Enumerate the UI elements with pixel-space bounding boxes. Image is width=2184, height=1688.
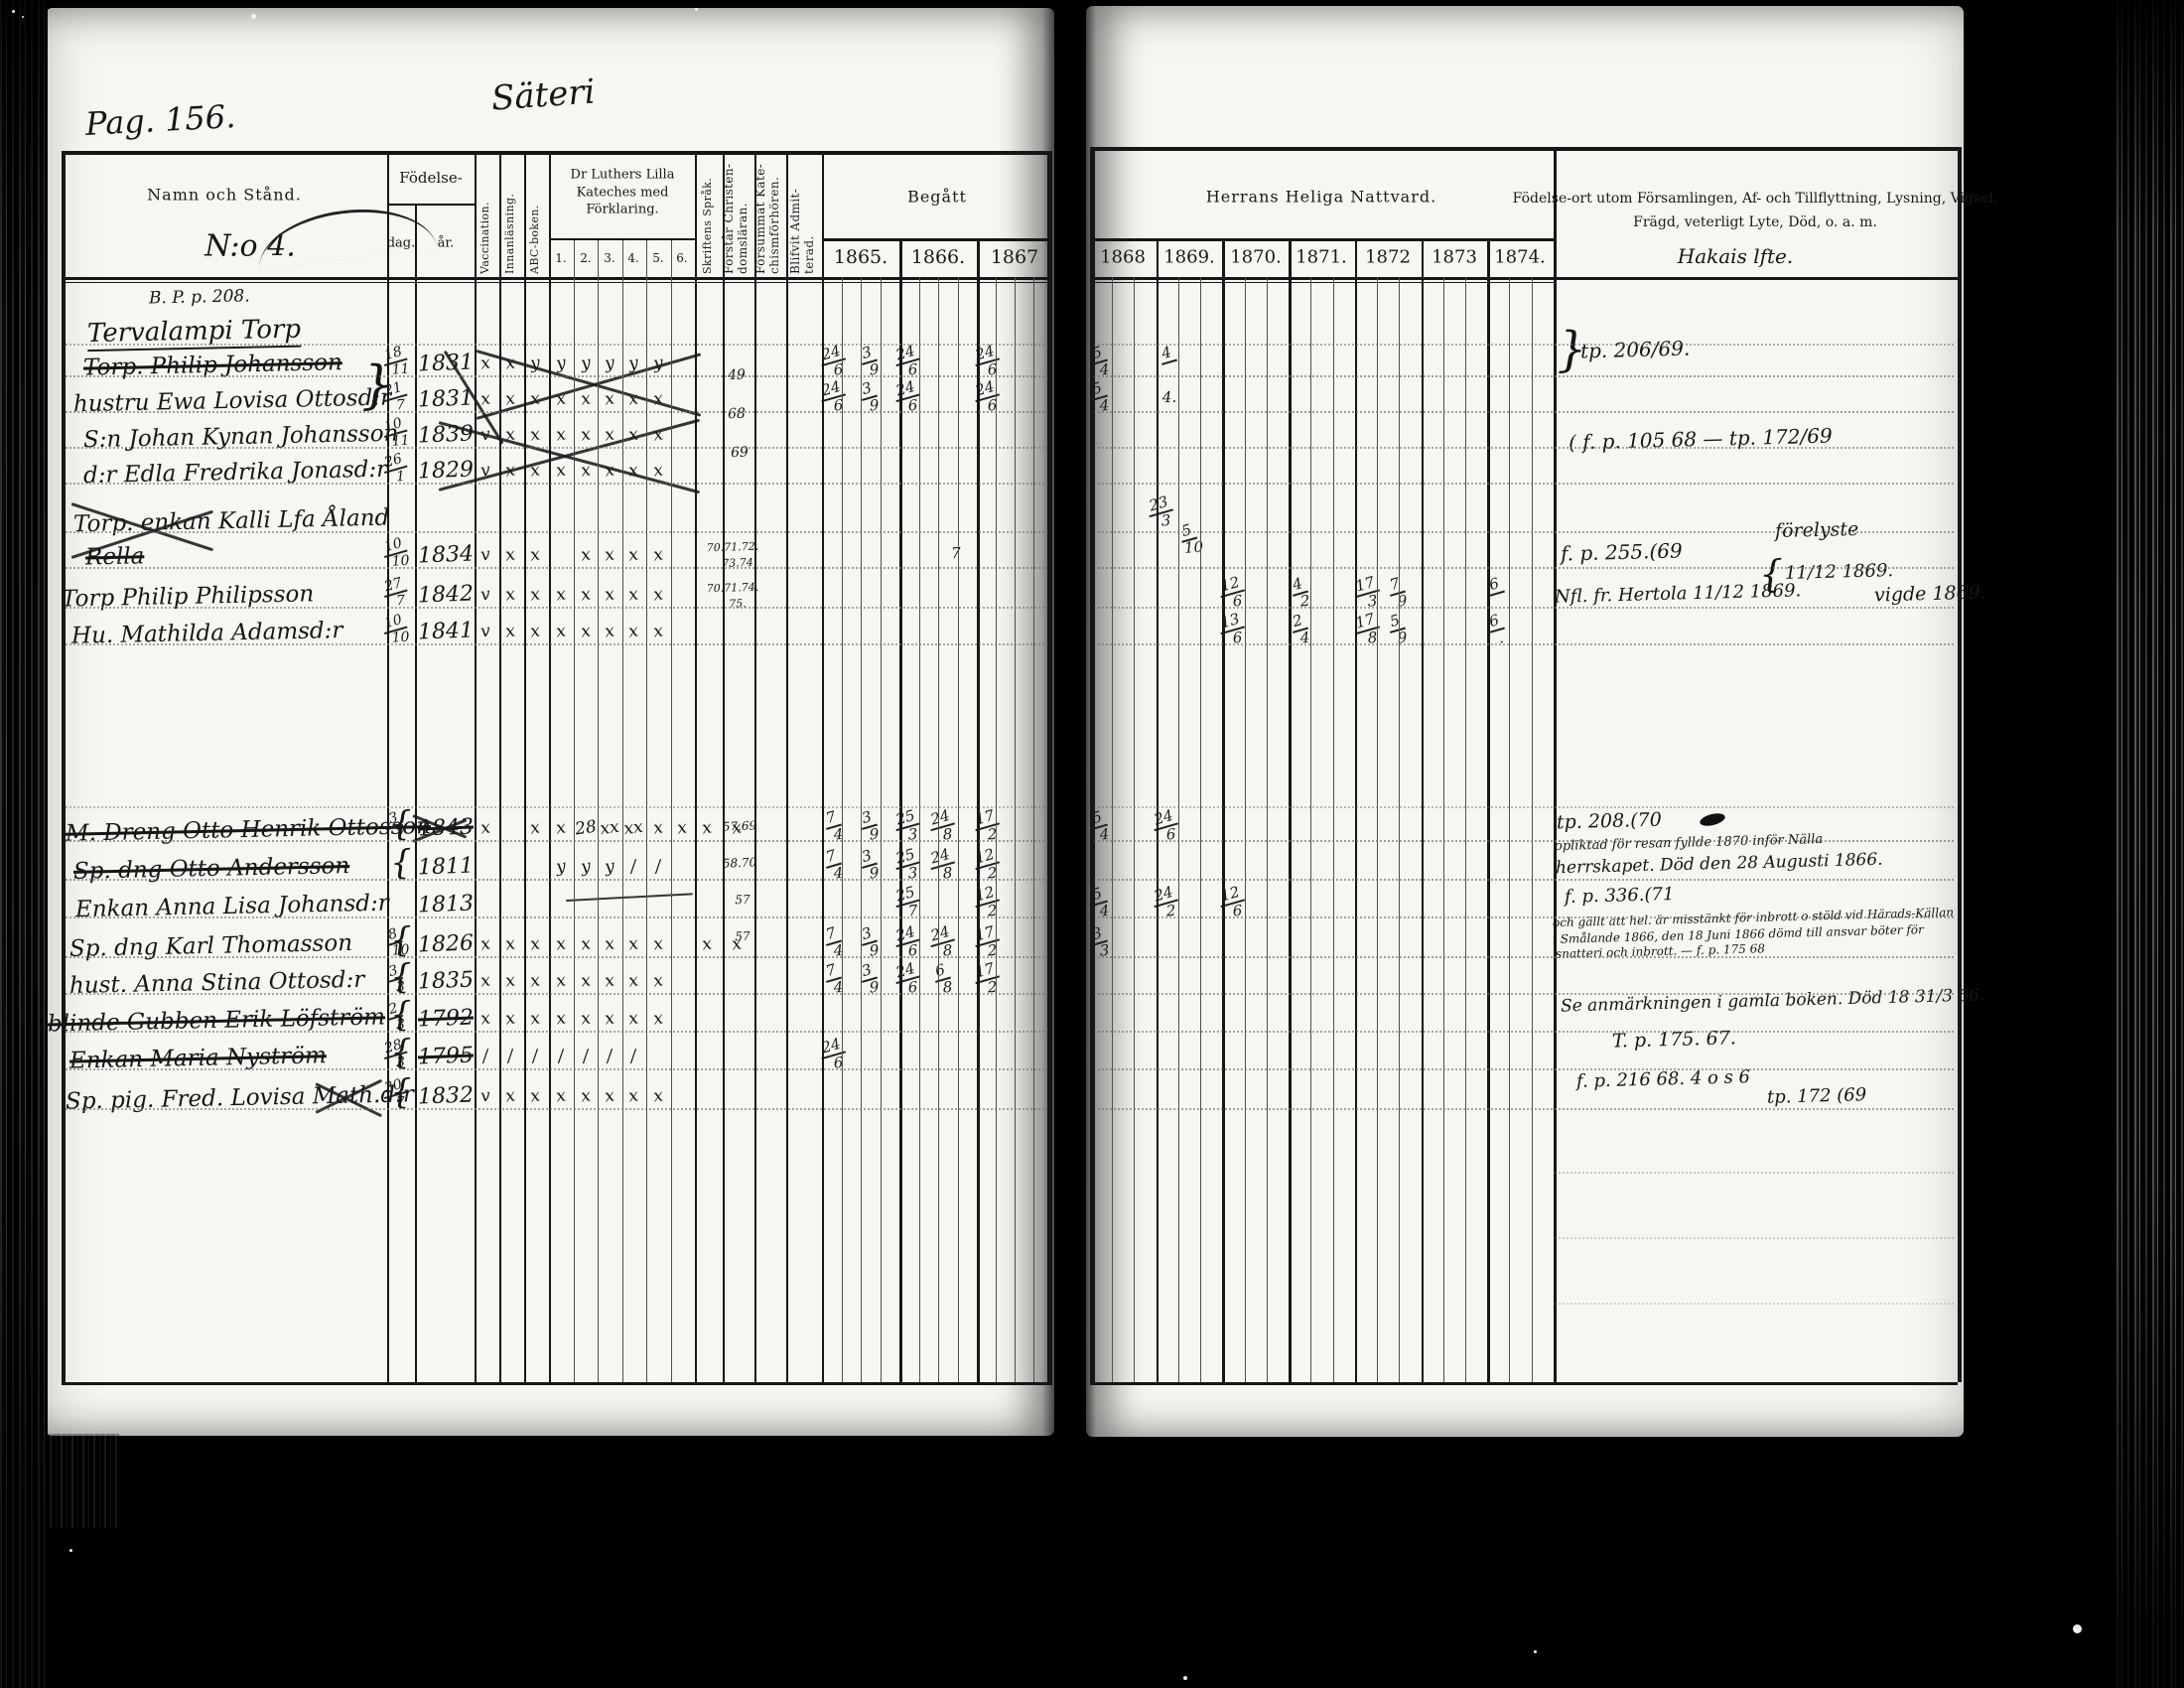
grid-hline <box>1090 282 1554 283</box>
handwritten-communion-date: 246 <box>820 380 847 415</box>
col-header-day: dag. <box>387 236 416 251</box>
year-1869: 1869. <box>1163 247 1215 268</box>
film-edge-left <box>0 0 48 1688</box>
grid-vline <box>1289 238 1292 1382</box>
dotted-rule <box>66 916 1044 918</box>
handwritten-cell: { <box>389 1033 412 1073</box>
handwritten-mark: x <box>627 460 639 481</box>
handwritten-birth-year: 1835 <box>418 968 475 995</box>
handwritten-cell: { <box>389 920 412 961</box>
grid-vline <box>622 238 623 1382</box>
catechism-col-1: 1. <box>555 251 566 265</box>
grid-vline <box>842 277 843 1382</box>
dotted-rule <box>66 643 1044 645</box>
handwritten-birth-year: 1841 <box>418 619 475 645</box>
handwritten-communion-date: 39 <box>861 925 879 959</box>
dotted-rule <box>66 956 1044 958</box>
film-speck <box>12 10 15 13</box>
year-1873: 1873 <box>1432 247 1477 268</box>
grid-vline <box>475 151 477 1382</box>
year-1870: 1870. <box>1230 247 1282 268</box>
handwritten-annotation: tp. 206/69. <box>1580 337 1691 363</box>
dotted-rule <box>66 1031 1044 1033</box>
handwritten-birth-year: 1795 <box>418 1044 475 1070</box>
handwritten-mark: x <box>580 544 592 565</box>
film-speck <box>251 14 256 19</box>
handwritten-communion-date: 39 <box>861 345 879 378</box>
handwritten-communion-date: 7 <box>951 544 961 562</box>
handwritten-mark: x <box>627 1008 639 1029</box>
handwritten-mark: v <box>479 544 491 565</box>
handwritten-birth-year: 1826 <box>418 931 475 958</box>
col-header-abc-book: ABC-boken. <box>528 157 541 274</box>
year-1868: 1868 <box>1100 247 1146 268</box>
handwritten-mark: x <box>580 1008 592 1029</box>
handwritten-mark: x <box>627 933 639 954</box>
dotted-rule <box>1554 1172 1954 1174</box>
handwritten-communion-date: 248 <box>929 848 956 883</box>
grid-vline <box>387 151 389 1382</box>
handwritten-mark: x <box>604 584 615 605</box>
grid-vline <box>1554 147 1557 1382</box>
dotted-rule <box>1094 1068 1954 1070</box>
grid-vline <box>1157 238 1160 1382</box>
dotted-rule <box>1554 1303 1954 1305</box>
scanned-parish-ledger: Pag. 156. Säteri Namn och Stånd. N:o 4. … <box>0 0 2184 1688</box>
handwritten-mark: x <box>504 933 516 954</box>
grid-vline <box>499 151 501 1382</box>
handwritten-mark: y <box>604 352 615 373</box>
year-1866: 1866. <box>911 246 965 268</box>
handwritten-mark: x <box>604 621 615 641</box>
handwritten-communion-date: 74 <box>825 962 843 996</box>
grid-vline <box>919 277 920 1382</box>
grid-vline <box>723 151 725 1382</box>
handwritten-mark: x <box>604 544 615 565</box>
handwritten-mark: x <box>627 388 639 409</box>
remarks-handwritten-note: Hakais lfte. <box>1678 244 1793 268</box>
film-speck <box>941 44 946 49</box>
dotted-rule <box>1094 956 1954 958</box>
handwritten-mark: x <box>529 584 541 605</box>
dotted-rule <box>1094 840 1954 842</box>
grid-vline <box>1033 277 1034 1382</box>
col-header-vaccination: Vaccination. <box>478 157 491 274</box>
grid-vline <box>899 238 902 1382</box>
handwritten-birth-year: 1811 <box>418 854 475 881</box>
handwritten-mark: x <box>627 1085 639 1106</box>
handwritten-mark: x <box>555 621 567 641</box>
grid-vline <box>1355 238 1358 1382</box>
handwritten-annotation: f. p. 255.(69 <box>1561 538 1683 565</box>
col-header-birth: Födelse- <box>399 169 463 187</box>
grid-vline <box>1047 151 1052 1382</box>
handwritten-mark: x <box>627 544 639 565</box>
handwritten-mark: x <box>580 388 592 409</box>
handwritten-mark: x <box>580 621 592 641</box>
grid-vline <box>1465 277 1466 1382</box>
handwritten-mark: v <box>479 1085 491 1106</box>
dotted-rule <box>66 993 1044 995</box>
handwritten-mark: xx <box>622 817 644 839</box>
grid-vline <box>1377 277 1378 1382</box>
handwritten-mark: x <box>604 1085 615 1106</box>
handwritten-mark: x <box>504 544 516 565</box>
dotted-rule <box>66 531 1044 533</box>
handwritten-mark: y <box>555 352 567 373</box>
handwritten-mark: x <box>701 933 713 954</box>
film-speck <box>22 16 24 18</box>
handwritten-mark: x <box>652 1008 664 1029</box>
grid-vline <box>695 151 697 1382</box>
catechism-col-5: 5. <box>652 251 663 265</box>
dotted-rule <box>66 840 1044 842</box>
grid-vline <box>1267 277 1268 1382</box>
catechism-col-6: 6. <box>676 251 687 265</box>
handwritten-mark: x <box>701 817 713 838</box>
handwritten-communion-date: 59 <box>1389 613 1407 646</box>
dotted-rule <box>1094 531 1954 533</box>
handwritten-communion-date: 246 <box>820 1038 847 1072</box>
grid-hline <box>387 204 475 206</box>
page-title: Säteri <box>490 71 597 118</box>
handwritten-mark: x <box>529 1085 541 1106</box>
handwritten-mark: x <box>652 584 664 605</box>
group-heading: B. P. p. 208. <box>149 286 250 308</box>
handwritten-mark: x <box>652 933 664 954</box>
handwritten-communion-date: 248 <box>929 809 956 844</box>
dotted-rule <box>1094 806 1954 808</box>
handwritten-mark: x <box>555 584 567 605</box>
dotted-rule <box>1094 411 1954 413</box>
handwritten-annotation: 11/12 1869. <box>1785 560 1894 584</box>
handwritten-mark: x <box>627 584 639 605</box>
grid-vline <box>1015 277 1016 1382</box>
grid-vline <box>1200 277 1201 1382</box>
handwritten-cell: { <box>389 995 412 1036</box>
dotted-rule <box>1094 375 1954 377</box>
handwritten-mark: x <box>580 424 592 445</box>
grid-vline <box>671 238 672 1382</box>
col-header-holy-communion: Herrans Heliga Nattvard. <box>1206 188 1436 207</box>
handwritten-mark: x <box>652 544 664 565</box>
handwritten-cell: { <box>389 804 412 845</box>
handwritten-cell: 68 <box>728 406 746 423</box>
grid-vline <box>1509 277 1510 1382</box>
handwritten-mark: x <box>479 817 491 838</box>
handwritten-communion-date: 6 <box>1488 576 1506 610</box>
handwritten-mark: 28 <box>574 817 598 840</box>
film-edge-right <box>2116 0 2184 1688</box>
handwritten-mark: x <box>604 933 615 954</box>
handwritten-communion-date: 6. <box>1488 613 1506 646</box>
dotted-rule <box>66 1068 1044 1070</box>
grid-vline <box>881 277 882 1382</box>
grid-hline <box>62 151 1052 155</box>
grid-vline <box>598 238 599 1382</box>
handwritten-communion-date: 4 <box>1160 345 1178 378</box>
dotted-rule <box>1554 1237 1954 1239</box>
col-header-name: Namn och Stånd. <box>147 186 302 205</box>
handwritten-communion-date: 42 <box>1292 576 1309 610</box>
dotted-rule <box>1094 993 1954 995</box>
handwritten-mark: xx <box>599 817 620 839</box>
handwritten-cell: 57 <box>735 893 751 908</box>
handwritten-mark: y <box>580 856 592 877</box>
grid-hline <box>549 238 695 240</box>
grid-vline <box>646 238 647 1382</box>
handwritten-cell: { <box>389 843 412 884</box>
dotted-rule <box>66 411 1044 413</box>
dotted-rule <box>1094 1031 1954 1033</box>
handwritten-mark: x <box>580 970 592 991</box>
grid-vline <box>524 151 526 1382</box>
col-header-missed-2: chismförhören. <box>767 157 781 274</box>
dotted-rule <box>66 567 1044 569</box>
handwritten-birth-year: 1813 <box>418 892 475 918</box>
dotted-rule <box>1094 344 1954 346</box>
handwritten-mark: x <box>555 1085 567 1106</box>
handwritten-mark: x <box>529 933 541 954</box>
grid-vline <box>1222 238 1225 1382</box>
handwritten-mark: x <box>580 933 592 954</box>
grid-vline <box>861 277 862 1382</box>
handwritten-mark: y <box>555 856 567 877</box>
col-header-remarks-2: Frägd, veterligt Lyte, Död, o. a. m. <box>1633 214 1877 230</box>
handwritten-mark: x <box>652 970 664 991</box>
grid-hline <box>1090 238 1554 241</box>
handwritten-communion-date: 79 <box>1389 576 1407 610</box>
handwritten-mark: x <box>529 544 541 565</box>
handwritten-communion-date: 39 <box>861 962 879 996</box>
handwritten-communion-date: 68 <box>934 962 952 996</box>
year-1872: 1872 <box>1365 247 1411 268</box>
handwritten-mark: x <box>555 933 567 954</box>
handwritten-mark: x <box>580 584 592 605</box>
grid-vline <box>415 204 417 1382</box>
handwritten-communion-date: 248 <box>929 925 956 960</box>
dotted-rule <box>66 879 1044 881</box>
handwritten-mark: x <box>529 424 541 445</box>
handwritten-communion-date: 74 <box>825 848 843 882</box>
grid-vline <box>996 277 997 1382</box>
handwritten-annotation: tp. 208.(70 <box>1557 809 1662 834</box>
grid-hline <box>62 282 1052 283</box>
dotted-rule <box>1094 483 1954 485</box>
handwritten-mark: x <box>604 970 615 991</box>
handwritten-communion-date: 39 <box>861 380 879 414</box>
col-header-catechism: Dr Luthers Lilla Kateches med Förklaring… <box>553 167 692 219</box>
dotted-rule <box>1094 447 1954 449</box>
handwritten-communion-date: 246 <box>820 345 847 379</box>
film-speck <box>69 1549 72 1552</box>
handwritten-mark: y <box>604 856 615 877</box>
handwritten-communion-date: 74 <box>825 925 843 959</box>
grid-vline <box>1178 277 1179 1382</box>
year-1874: 1874. <box>1494 247 1546 268</box>
grid-vline <box>549 151 551 1382</box>
handwritten-mark: x <box>479 1008 491 1029</box>
handwritten-mark: x <box>652 1085 664 1106</box>
handwritten-mark: v <box>479 584 491 605</box>
grid-vline <box>1532 277 1533 1382</box>
handwritten-communion-date: 4. <box>1162 388 1177 406</box>
film-streak <box>50 1434 119 1528</box>
dotted-rule <box>1094 1108 1954 1110</box>
col-header-admitted-1: Blifvit Admit- <box>788 157 802 274</box>
handwritten-mark: x <box>627 621 639 641</box>
handwritten-communion-date: 39 <box>861 809 879 843</box>
grid-vline <box>1487 238 1490 1382</box>
film-speck <box>695 8 698 11</box>
film-speck <box>2073 1624 2082 1633</box>
dotted-rule <box>1094 567 1954 569</box>
handwritten-cell: 57.69 <box>723 818 757 833</box>
grid-vline <box>1958 147 1962 1382</box>
grid-vline <box>1134 277 1135 1382</box>
handwritten-annotation: förelyste <box>1775 518 1859 542</box>
handwritten-mark: x <box>555 1008 567 1029</box>
dotted-rule <box>66 375 1044 377</box>
grid-vline <box>1399 277 1400 1382</box>
handwritten-birth-year: 1832 <box>418 1083 475 1110</box>
dotted-rule <box>66 447 1044 449</box>
grid-vline <box>786 151 788 1382</box>
handwritten-mark: x <box>555 424 567 445</box>
handwritten-mark: x <box>529 1008 541 1029</box>
year-1867: 1867 <box>991 246 1038 268</box>
dotted-rule <box>66 344 1044 346</box>
handwritten-communion-date: 74 <box>825 809 843 843</box>
handwritten-mark: x <box>504 1085 516 1106</box>
catechism-col-4: 4. <box>627 251 638 265</box>
grid-vline <box>1112 277 1113 1382</box>
handwritten-communion-date: 24 <box>1292 613 1309 646</box>
handwritten-birth-year: 1842 <box>418 582 475 609</box>
handwritten-cell: 70.71.72. <box>707 540 759 555</box>
dotted-rule <box>1094 607 1954 609</box>
group-heading: Tervalampi Torp <box>87 315 302 352</box>
grid-vline <box>1310 277 1311 1382</box>
grid-vline <box>574 238 575 1382</box>
handwritten-mark: x <box>529 621 541 641</box>
grid-hline <box>822 238 1052 241</box>
grid-hline <box>62 1382 1052 1385</box>
grid-vline <box>62 151 66 1382</box>
film-speck <box>1183 1676 1187 1680</box>
handwritten-cell: 70.71.74. <box>707 581 759 596</box>
handwritten-birth-year: 1831 <box>418 386 475 413</box>
handwritten-mark: x <box>504 621 516 641</box>
film-speck <box>1534 1650 1537 1653</box>
handwritten-birth-year: 1792 <box>418 1006 475 1033</box>
handwritten-mark: x <box>627 970 639 991</box>
handwritten-annotation: vigde 1869. <box>1874 582 1986 607</box>
handwritten-mark: x <box>580 1085 592 1106</box>
grid-vline <box>938 277 939 1382</box>
page-number-label: Pag. 156. <box>84 97 236 143</box>
col-header-scripture: Skriftens Språk. <box>701 157 714 274</box>
grid-hline <box>1090 1382 1958 1385</box>
handwritten-mark: x <box>652 817 664 838</box>
handwritten-cell: 57 <box>735 929 751 944</box>
dotted-rule <box>66 1108 1044 1110</box>
film-speck <box>1648 58 1652 62</box>
handwritten-mark: x <box>529 970 541 991</box>
handwritten-cell: } <box>359 354 394 415</box>
handwritten-birth-year: 1834 <box>418 542 475 569</box>
year-1865: 1865. <box>834 246 887 268</box>
grid-vline <box>958 277 959 1382</box>
col-header-reading: Innanläsning. <box>503 157 516 274</box>
handwritten-mark: x <box>504 970 516 991</box>
handwritten-mark: x <box>604 1008 615 1029</box>
handwritten-cell: { <box>389 957 412 998</box>
dotted-rule <box>66 607 1044 609</box>
grid-vline <box>1090 147 1095 1382</box>
dotted-rule <box>1094 879 1954 881</box>
handwritten-cell: 233 <box>1148 495 1174 530</box>
handwritten-annotation: f. p. 336.(71 <box>1565 884 1675 908</box>
handwritten-mark: x <box>555 460 567 481</box>
grid-hline <box>1090 277 1958 280</box>
handwritten-mark: x <box>652 621 664 641</box>
dotted-rule <box>1094 916 1954 918</box>
handwritten-mark: x <box>479 933 491 954</box>
handwritten-birth-year: 1829 <box>418 458 475 485</box>
year-1871: 1871. <box>1296 247 1347 268</box>
dotted-rule <box>66 806 1044 808</box>
dotted-rule <box>1094 643 1954 645</box>
handwritten-cell: { <box>389 1072 412 1113</box>
handwritten-mark: v <box>479 621 491 641</box>
catechism-col-3: 3. <box>604 251 614 265</box>
handwritten-mark: x <box>676 817 688 838</box>
handwritten-cell: 58.70 <box>723 855 757 870</box>
col-header-communed: Begått <box>907 188 967 207</box>
col-header-understands-2: domsläran. <box>736 157 750 274</box>
handwritten-mark: x <box>504 584 516 605</box>
grid-vline <box>1333 277 1334 1382</box>
handwritten-mark: x <box>555 970 567 991</box>
col-header-admitted-2: terad. <box>802 157 816 274</box>
grid-vline <box>1422 238 1425 1382</box>
handwritten-annotation: tp. 172 (69 <box>1767 1084 1867 1108</box>
handwritten-mark: x <box>504 1008 516 1029</box>
grid-vline <box>754 151 756 1382</box>
grid-vline <box>1443 277 1444 1382</box>
handwritten-mark: x <box>555 817 567 838</box>
grid-vline <box>822 151 824 1382</box>
grid-vline <box>977 238 980 1382</box>
handwritten-mark: x <box>529 817 541 838</box>
handwritten-cell: 510 <box>1178 522 1199 556</box>
col-header-remarks-1: Födelse-ort utom Församlingen, Af- och T… <box>1513 191 1998 207</box>
catechism-col-2: 2. <box>580 251 591 265</box>
handwritten-mark: x <box>652 388 664 409</box>
col-header-year: år. <box>438 236 455 251</box>
handwritten-mark: x <box>479 970 491 991</box>
grid-hline <box>1090 147 1958 151</box>
grid-hline <box>62 277 1052 280</box>
handwritten-mark: y <box>580 352 592 373</box>
handwritten-communion-date: 39 <box>861 848 879 882</box>
grid-vline <box>1245 277 1246 1382</box>
dotted-rule <box>66 483 1044 485</box>
